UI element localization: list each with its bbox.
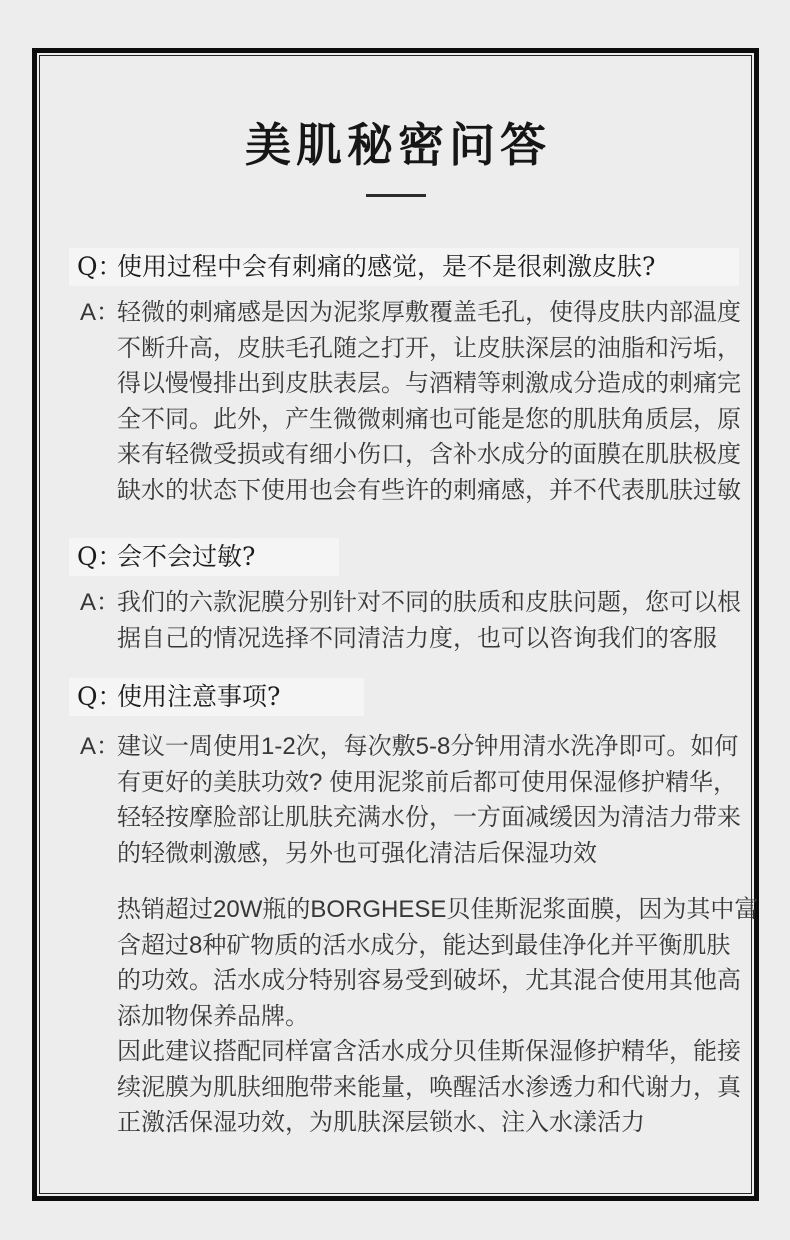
page-title: 美肌秘密问答 [40, 118, 751, 172]
qa-item-usage-notes: Q： 使用注意事项? A： 建议一周使用1-2次，每次敷5-8分钟用清水洗净即可… [77, 656, 751, 871]
question-row: Q： 使用注意事项? [69, 678, 364, 716]
product-note-paragraph-2: 因此建议搭配同样富含活水成分贝佳斯保湿修护精华，能接 续泥膜为肌肤细胞带来能量，… [117, 1034, 751, 1141]
answer-label: A： [77, 295, 117, 331]
decorative-frame: 美肌秘密问答 Q： 使用过程中会有刺痛的感觉，是不是很刺激皮肤? A： 轻微的刺… [32, 48, 759, 1201]
question-text: 会不会过敏? [117, 538, 255, 576]
answer-row: A： 我们的六款泥膜分别针对不同的肤质和皮肤问题，您可以根 据自己的情况选择不同… [77, 585, 751, 656]
answer-row: A： 建议一周使用1-2次，每次敷5-8分钟用清水洗净即可。如何 有更好的美肤功… [77, 729, 751, 871]
answer-text: 轻微的刺痛感是因为泥浆厚敷覆盖毛孔，使得皮肤内部温度 不断升高，皮肤毛孔随之打开… [117, 295, 697, 508]
question-row: Q： 使用过程中会有刺痛的感觉，是不是很刺激皮肤? [69, 248, 739, 286]
qa-list: Q： 使用过程中会有刺痛的感觉，是不是很刺激皮肤? A： 轻微的刺痛感是因为泥浆… [40, 197, 751, 1141]
qa-item-sting-feeling: Q： 使用过程中会有刺痛的感觉，是不是很刺激皮肤? A： 轻微的刺痛感是因为泥浆… [77, 197, 751, 508]
product-note: 热销超过20W瓶的BORGHESE贝佳斯泥浆面膜，因为其中富 含超过8种矿物质的… [117, 892, 751, 1141]
question-text: 使用注意事项? [117, 678, 280, 716]
answer-label: A： [77, 585, 117, 621]
answer-text: 我们的六款泥膜分别针对不同的肤质和皮肤问题，您可以根 据自己的情况选择不同清洁力… [117, 585, 697, 656]
question-row: Q： 会不会过敏? [69, 538, 339, 576]
answer-text: 建议一周使用1-2次，每次敷5-8分钟用清水洗净即可。如何 有更好的美肤功效? … [117, 729, 697, 871]
question-text: 使用过程中会有刺痛的感觉，是不是很刺激皮肤? [117, 248, 655, 286]
question-label: Q： [77, 248, 117, 286]
question-label: Q： [77, 538, 117, 576]
decorative-inner-frame: 美肌秘密问答 Q： 使用过程中会有刺痛的感觉，是不是很刺激皮肤? A： 轻微的刺… [39, 55, 752, 1194]
qa-item-allergy: Q： 会不会过敏? A： 我们的六款泥膜分别针对不同的肤质和皮肤问题，您可以根 … [77, 508, 751, 656]
product-note-paragraph-1: 热销超过20W瓶的BORGHESE贝佳斯泥浆面膜，因为其中富 含超过8种矿物质的… [117, 892, 751, 1034]
answer-row: A： 轻微的刺痛感是因为泥浆厚敷覆盖毛孔，使得皮肤内部温度 不断升高，皮肤毛孔随… [77, 295, 751, 508]
question-label: Q： [77, 678, 117, 716]
answer-label: A： [77, 729, 117, 765]
